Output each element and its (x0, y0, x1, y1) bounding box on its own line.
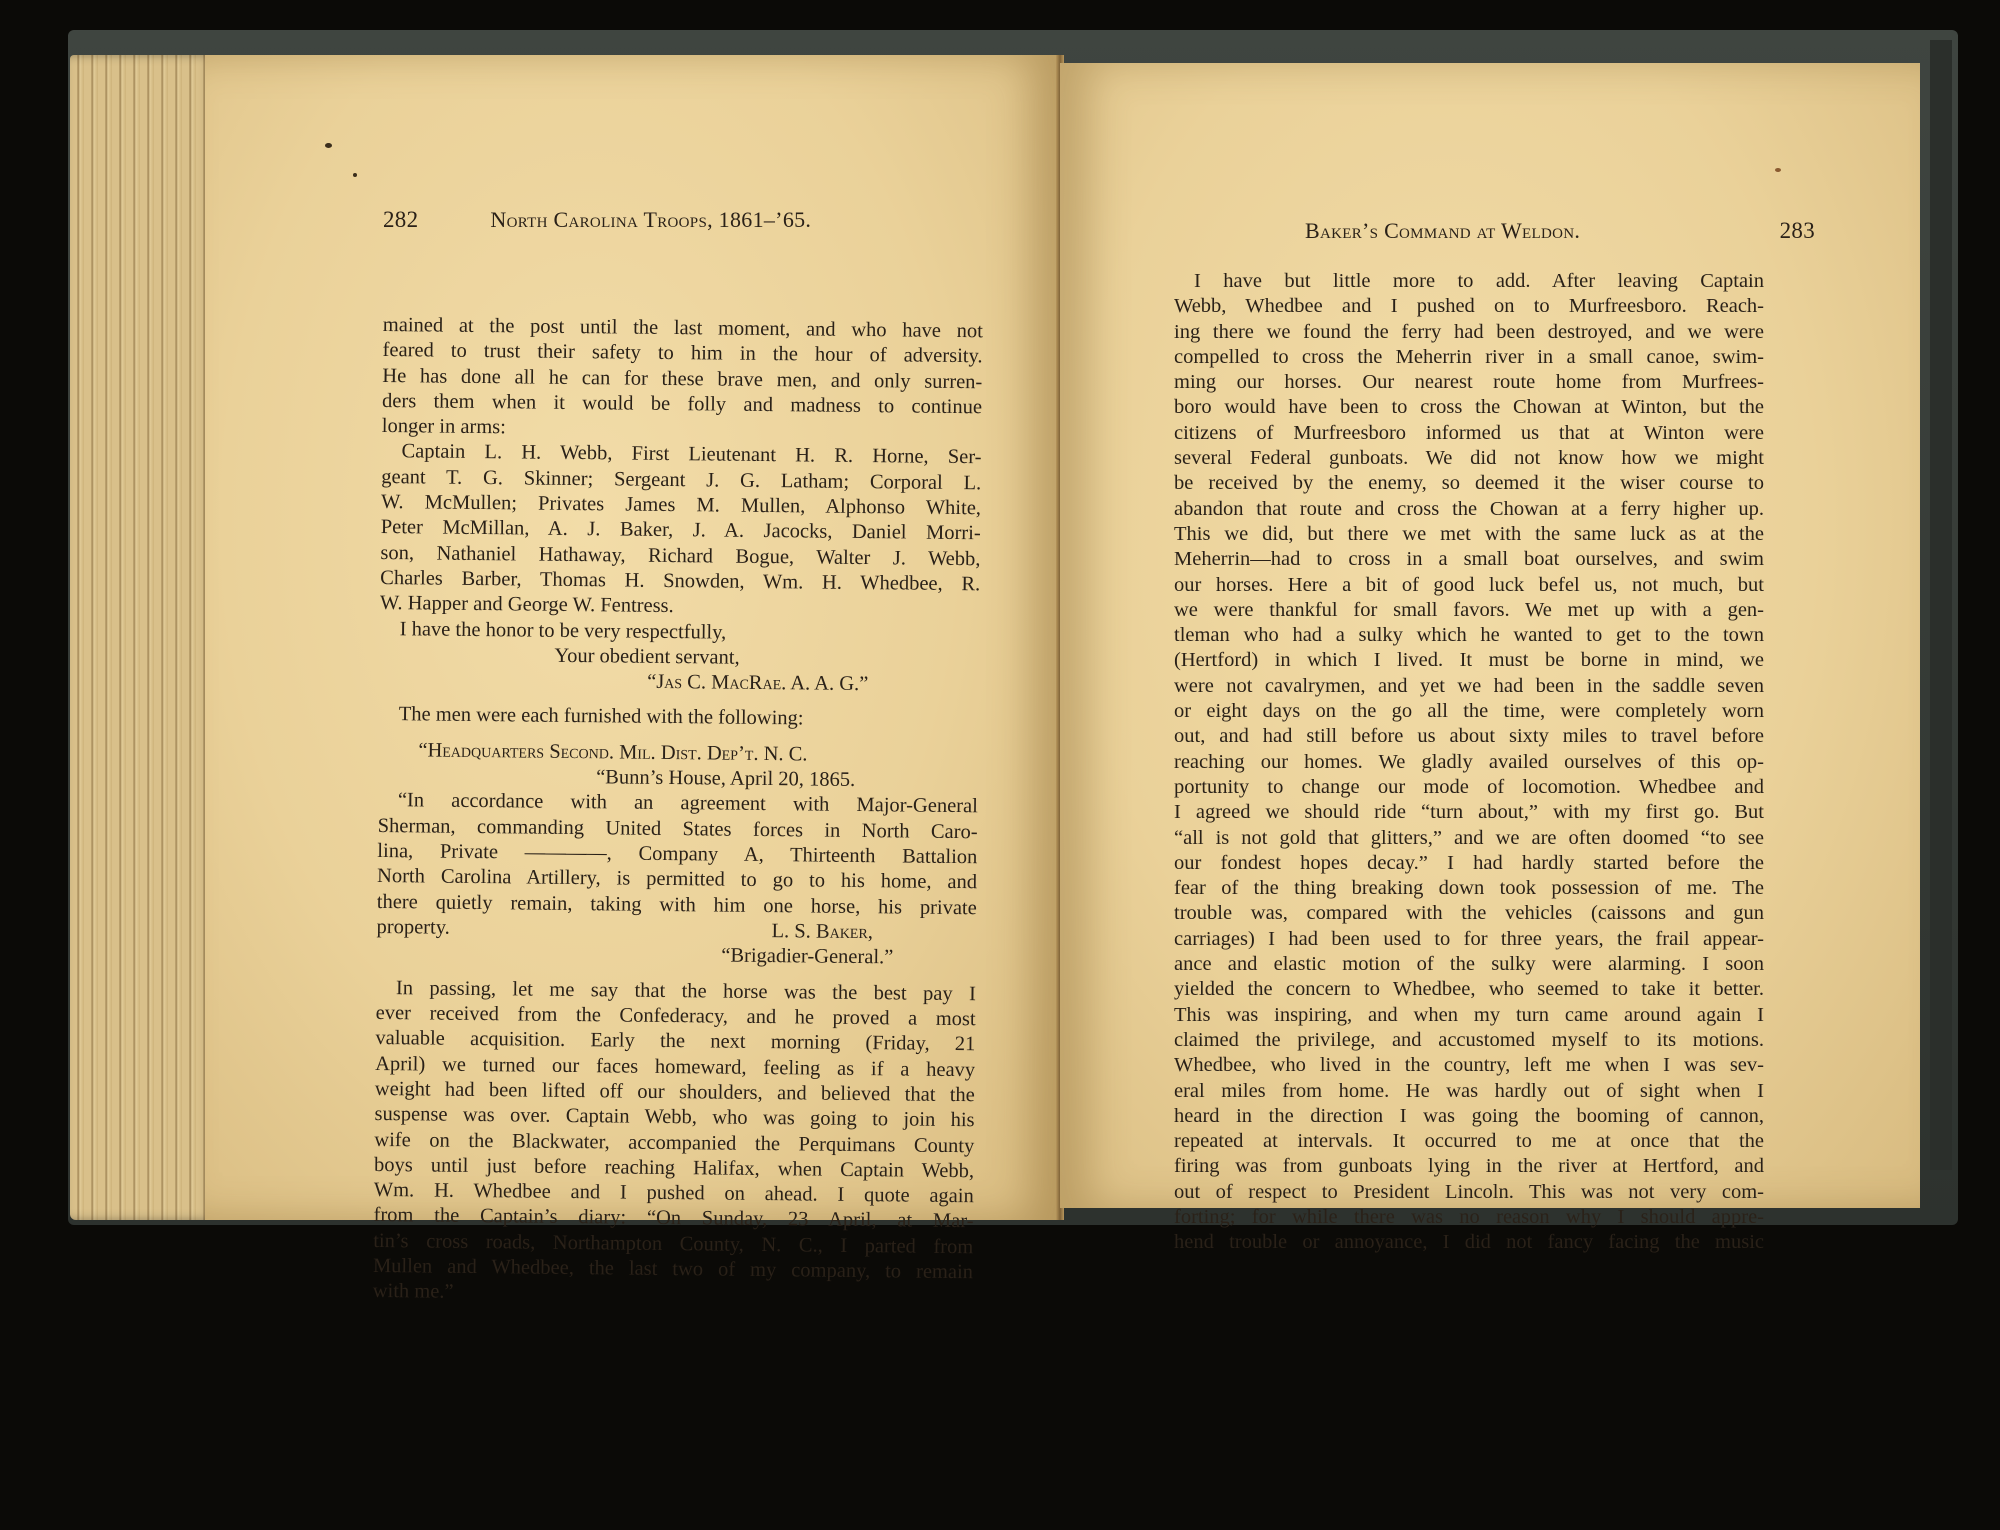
text-line: Meherrin—had to cross in a small boat ou… (1174, 547, 1764, 572)
text-line: This was inspiring, and when my turn cam… (1174, 1003, 1764, 1028)
right-page: Baker’s Command at Weldon. 283 I have bu… (1060, 63, 1920, 1208)
text-line: (Hertford) in which I lived. It must be … (1174, 648, 1764, 673)
paragraph: In passing, let me say that the horse wa… (373, 976, 976, 1311)
pass-signature: L. S. Baker, “Brigadier-General.” (376, 915, 976, 972)
text-line: boro would have been to cross the Chowan… (1174, 395, 1764, 420)
text-line: we were thankful for small favors. We me… (1174, 598, 1764, 623)
text-line: our horses. Here a bit of good luck befe… (1174, 573, 1764, 598)
text-line: several Federal gunboats. We did not kno… (1174, 446, 1764, 471)
pass-header: “Headquarters Second. Mil. Dist. Dep’t. … (378, 738, 978, 795)
text-line: out of respect to President Lincoln. Thi… (1174, 1180, 1764, 1205)
text-line: yielded the concern to Whedbee, who seem… (1174, 977, 1764, 1002)
text-line: portunity to change our mode of locomoti… (1174, 775, 1764, 800)
paragraph: I have but little more to add. After lea… (1174, 269, 1764, 1256)
page-number: 283 (1780, 218, 1815, 244)
running-head-title: Baker’s Command at Weldon. (1305, 218, 1580, 244)
text-line: I agreed we should ride “turn about,” wi… (1174, 800, 1764, 825)
text-line: Webb, Whedbee and I pushed on to Murfree… (1174, 294, 1764, 319)
right-body-text: I have but little more to add. After lea… (1174, 269, 1764, 1256)
text-line: were not cavalrymen, and yet we had been… (1174, 674, 1764, 699)
text-line: fear of the thing breaking down took pos… (1174, 876, 1764, 901)
text-line: carriages) I had been used to for three … (1174, 927, 1764, 952)
stain-speck (1775, 168, 1781, 172)
text-line: “all is not gold that glitters,” and we … (1174, 826, 1764, 851)
text-line: citizens of Murfreesboro informed us tha… (1174, 421, 1764, 446)
right-running-head: Baker’s Command at Weldon. 283 (1305, 218, 1815, 244)
running-head-title: North Carolina Troops, 1861–’65. (490, 207, 811, 233)
left-running-head: 282 North Carolina Troops, 1861–’65. (383, 207, 1023, 233)
text-line: trouble was, compared with the vehicles … (1174, 901, 1764, 926)
text-line: hend trouble or annoyance, I did not fan… (1174, 1230, 1764, 1255)
text-line: reaching our homes. We gladly availed ou… (1174, 750, 1764, 775)
text-line: forting; for while there was no reason w… (1174, 1205, 1764, 1230)
text-line: our fondest hopes decay.” I had hardly s… (1174, 851, 1764, 876)
paragraph: mained at the post until the last moment… (382, 313, 983, 446)
text-line: eral miles from home. He was hardly out … (1174, 1079, 1764, 1104)
text-line: This we did, but there we met with the s… (1174, 522, 1764, 547)
left-page: 282 North Carolina Troops, 1861–’65. mai… (205, 55, 1060, 1220)
book-cover-edge (1930, 40, 1952, 1170)
left-body-text: mained at the post until the last moment… (373, 313, 983, 1311)
text-line: or eight days on the go all the time, we… (1174, 699, 1764, 724)
text-line: heard in the direction I was going the b… (1174, 1104, 1764, 1129)
text-line: I have but little more to add. After lea… (1174, 269, 1764, 294)
ink-speck (325, 143, 332, 148)
text-line: repeated at intervals. It occurred to me… (1174, 1129, 1764, 1154)
text-line: claimed the privilege, and accustomed my… (1174, 1028, 1764, 1053)
page-number: 282 (383, 207, 418, 233)
text-line: Whedbee, who lived in the country, left … (1174, 1053, 1764, 1078)
page-stack-edges (70, 55, 215, 1220)
text-line: ance and elastic motion of the sulky wer… (1174, 952, 1764, 977)
text-line: tleman who had a sulky which he wanted t… (1174, 623, 1764, 648)
text-line: ming our horses. Our nearest route home … (1174, 370, 1764, 395)
text-line: be received by the enemy, so deemed it t… (1174, 471, 1764, 496)
ink-speck (353, 173, 357, 177)
text-line: compelled to cross the Meherrin river in… (1174, 345, 1764, 370)
text-line: firing was from gunboats lying in the ri… (1174, 1154, 1764, 1179)
text-line: abandon that route and cross the Chowan … (1174, 497, 1764, 522)
text-line: out, and had still before us about sixty… (1174, 724, 1764, 749)
roster-paragraph: Captain L. H. Webb, First Lieutenant H. … (380, 439, 982, 622)
letter-closing: I have the honor to be very respectfully… (379, 617, 980, 699)
text-line: ing there we found the ferry had been de… (1174, 320, 1764, 345)
